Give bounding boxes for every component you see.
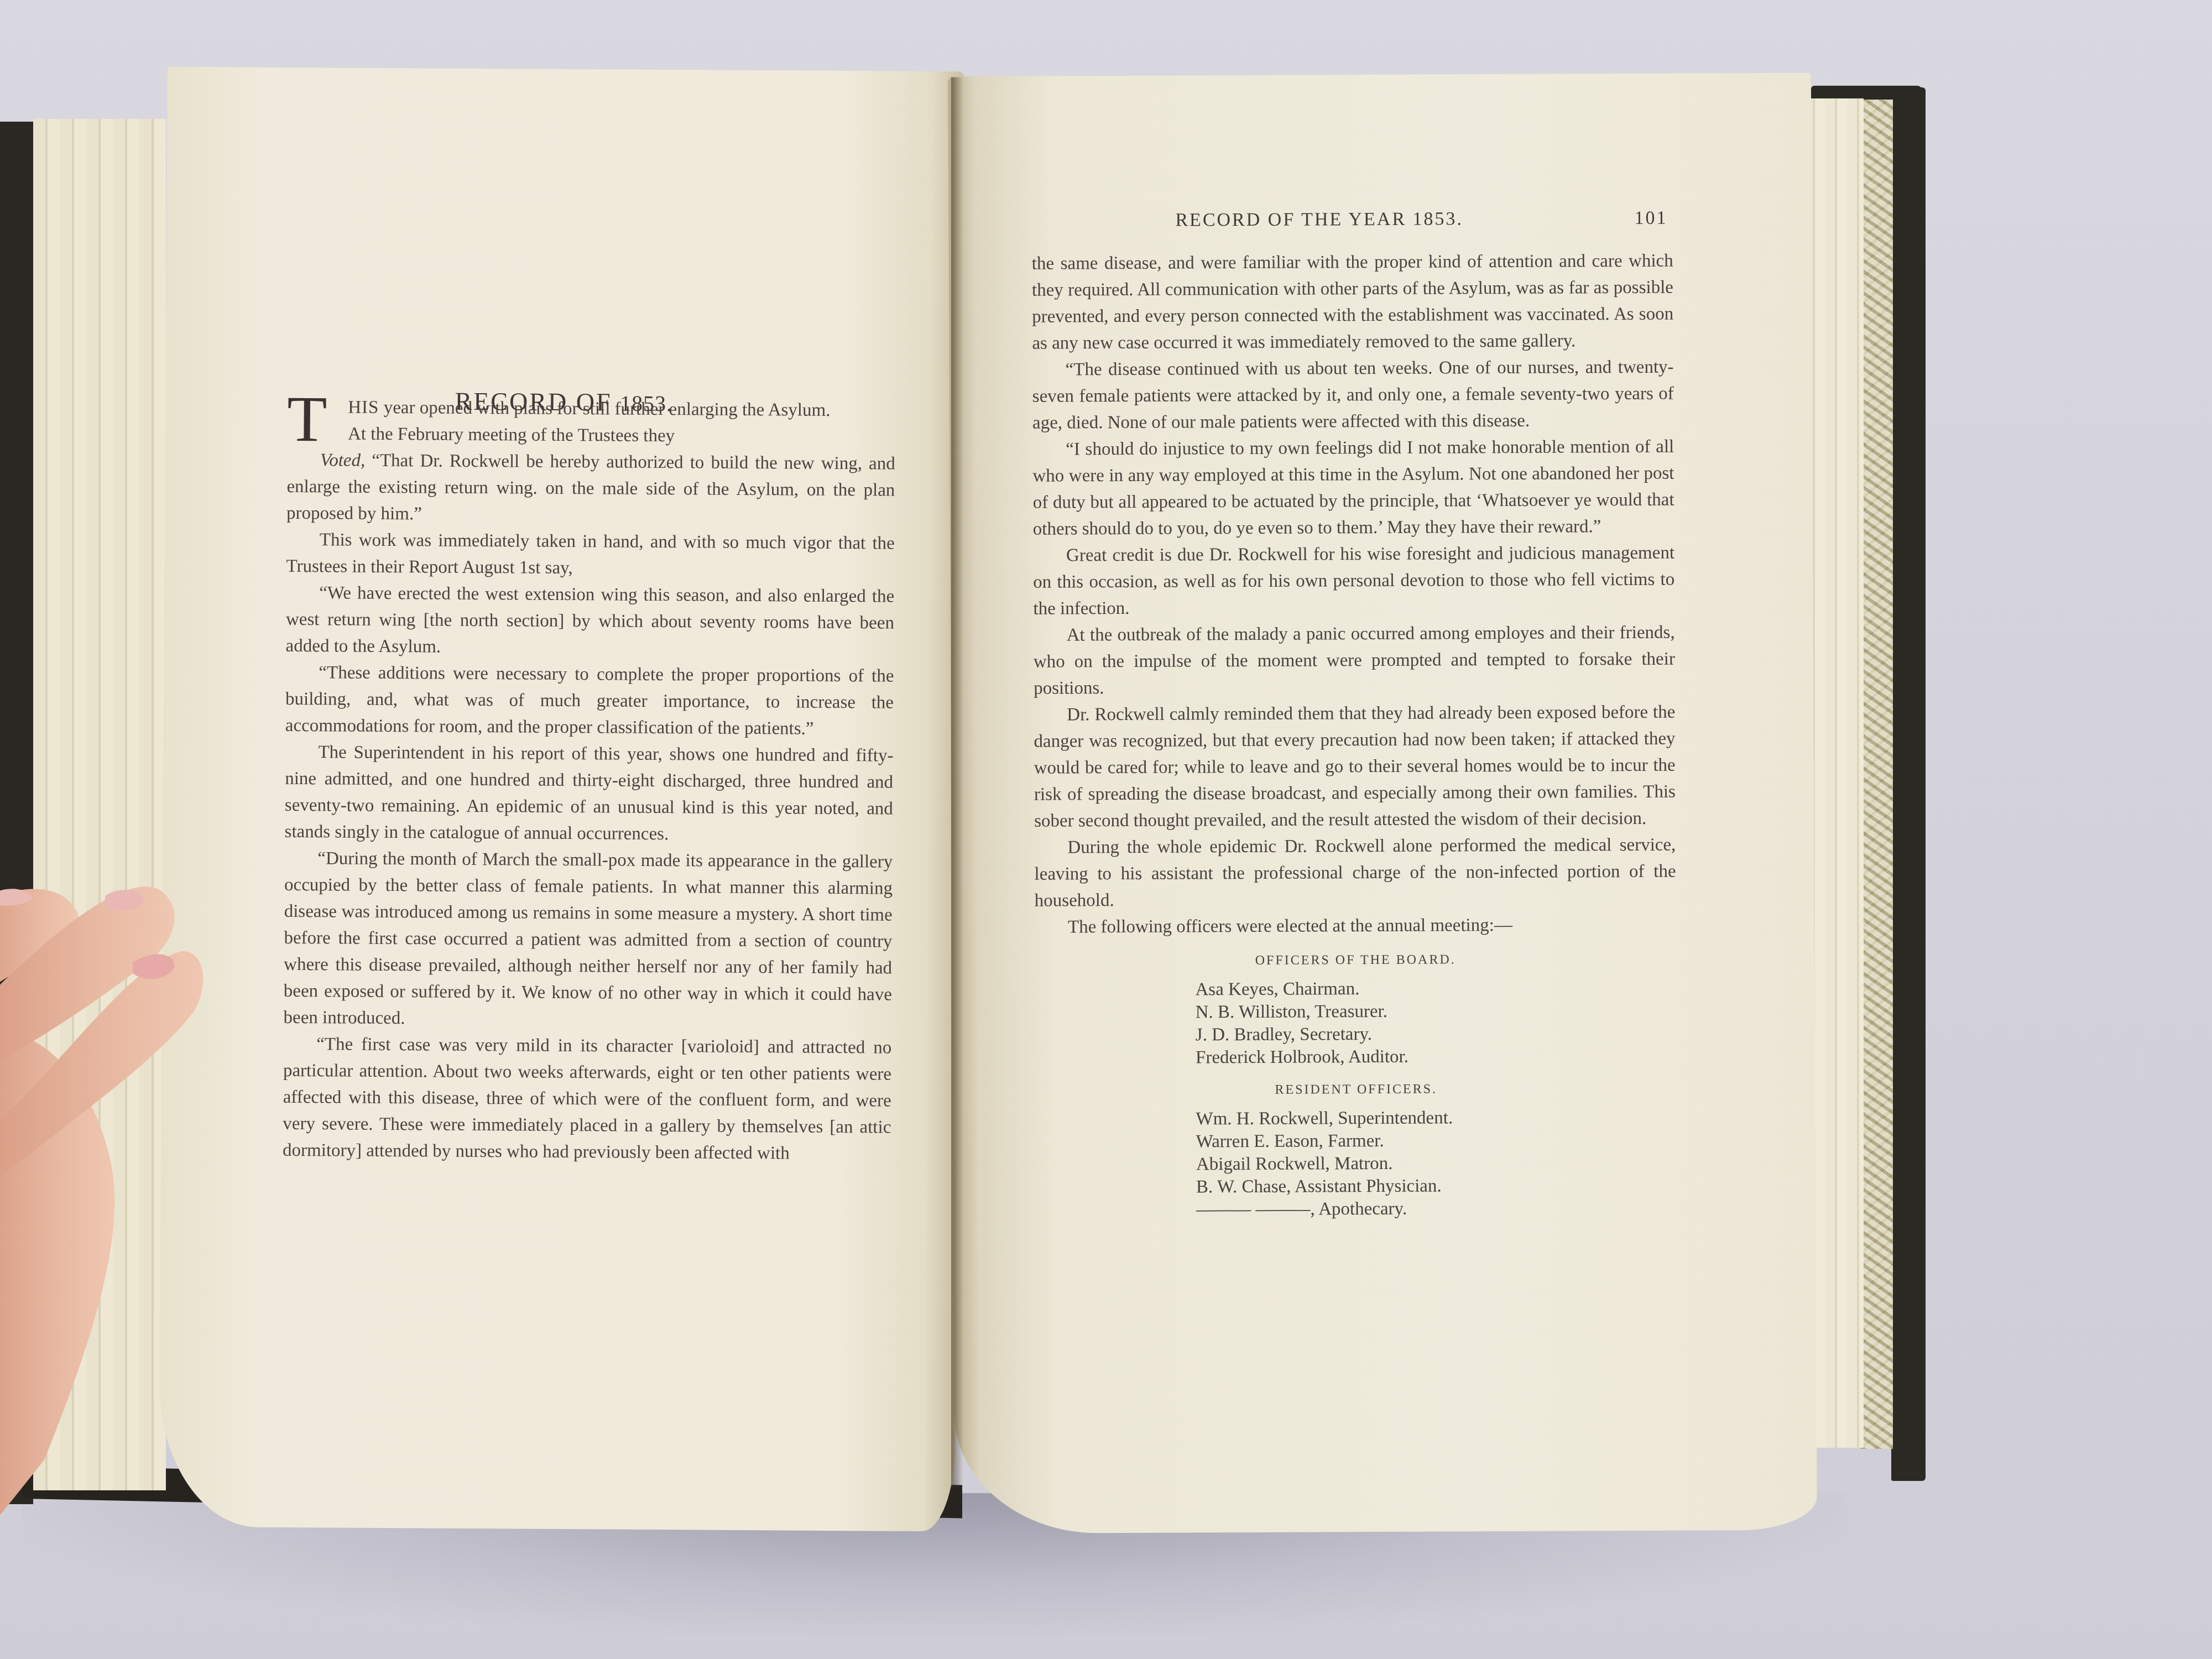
paragraph: At the February meeting of the Trustees … — [287, 420, 895, 451]
paragraph: HIS year opened with plans for still fur… — [348, 394, 895, 424]
page-number: 101 — [1634, 208, 1667, 229]
paragraph-text: “That Dr. Rockwell be hereby authorized … — [286, 451, 895, 524]
hand-holding-page-icon — [0, 852, 221, 1543]
paragraph: Dr. Rockwell calmly reminded them that t… — [1034, 699, 1676, 834]
officer-entry: Warren E. Eason, Farmer. — [1196, 1129, 1677, 1154]
officer-entry: Frederick Holbrook, Auditor. — [1196, 1045, 1677, 1070]
officer-entry: Abigail Rockwell, Matron. — [1196, 1151, 1677, 1176]
paragraph: The Superintendent in his report of this… — [284, 739, 893, 849]
book-cover-right-board — [1891, 87, 1926, 1481]
lead-word: HIS — [348, 398, 379, 418]
running-head: RECORD OF THE YEAR 1853. 101 — [1042, 208, 1667, 232]
officer-entry: J. D. Bradley, Secretary. — [1196, 1022, 1677, 1047]
paragraph: “During the month of March the small-pox… — [283, 845, 893, 1035]
officer-entry: N. B. Williston, Treasurer. — [1196, 999, 1677, 1024]
paragraph: “The first case was very mild in its cha… — [283, 1031, 891, 1167]
paragraph: “These additions were necessary to compl… — [285, 659, 894, 743]
paragraph: “We have erected the west extension wing… — [286, 580, 895, 663]
paragraph: “I should do injustice to my own feeling… — [1032, 434, 1674, 542]
paragraph: Voted, “That Dr. Rockwell be hereby auth… — [286, 447, 895, 530]
resident-officers-list: Wm. H. Rockwell, Superintendent. Warren … — [1196, 1106, 1677, 1222]
right-page[interactable]: RECORD OF THE YEAR 1853. 101 the same di… — [948, 73, 1817, 1534]
resident-officers-heading: RESIDENT OFFICERS. — [1035, 1075, 1677, 1104]
running-head-title: RECORD OF THE YEAR 1853. — [1175, 208, 1463, 231]
paragraph-text: year opened with plans for still further… — [379, 398, 830, 420]
paragraph: the same disease, and were familiar with… — [1032, 248, 1674, 357]
book-gutter — [951, 77, 963, 1488]
board-officers-heading: OFFICERS OF THE BOARD. — [1035, 946, 1676, 975]
paragraph: At the outbreak of the malady a panic oc… — [1034, 619, 1676, 702]
opening-paragraph: T HIS year opened with plans for still f… — [287, 394, 895, 424]
board-officers-list: Asa Keyes, Chairman. N. B. Williston, Tr… — [1195, 977, 1677, 1070]
paragraph: This work was immediately taken in hand,… — [286, 526, 895, 583]
right-page-body: the same disease, and were familiar with… — [1032, 248, 1678, 1222]
italic-lead: Voted, — [320, 450, 366, 470]
officer-entry: B. W. Chase, Assistant Physician. — [1196, 1174, 1677, 1199]
left-page[interactable]: RECORD OF 1853. T HIS year opened with p… — [159, 67, 964, 1532]
paragraph: The following officers were elected at t… — [1035, 911, 1676, 941]
paragraph: “The disease continued with us about ten… — [1032, 354, 1674, 436]
marbled-endpaper — [1861, 100, 1893, 1449]
paragraph: During the whole epidemic Dr. Rockwell a… — [1034, 832, 1676, 914]
officer-entry: Wm. H. Rockwell, Superintendent. — [1196, 1106, 1677, 1131]
officer-entry: Asa Keyes, Chairman. — [1195, 977, 1676, 1001]
left-page-body: T HIS year opened with plans for still f… — [283, 394, 895, 1167]
drop-cap: T — [287, 392, 327, 447]
paragraph: Great credit is due Dr. Rockwell for his… — [1033, 540, 1675, 622]
officer-entry: ——— ———, Apothecary. — [1196, 1197, 1677, 1222]
